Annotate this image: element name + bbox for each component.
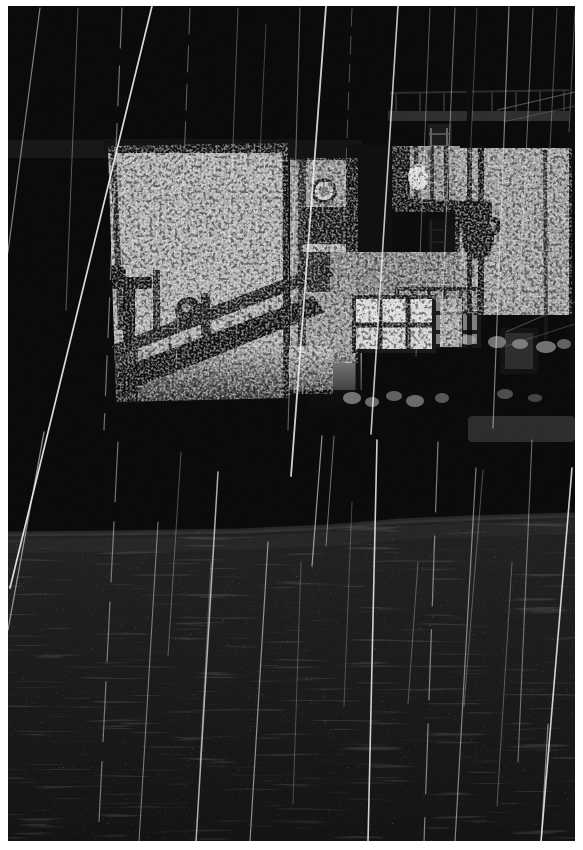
- photo-page: [0, 0, 583, 850]
- photo-canvas: [0, 0, 583, 850]
- print-grain: [8, 6, 575, 841]
